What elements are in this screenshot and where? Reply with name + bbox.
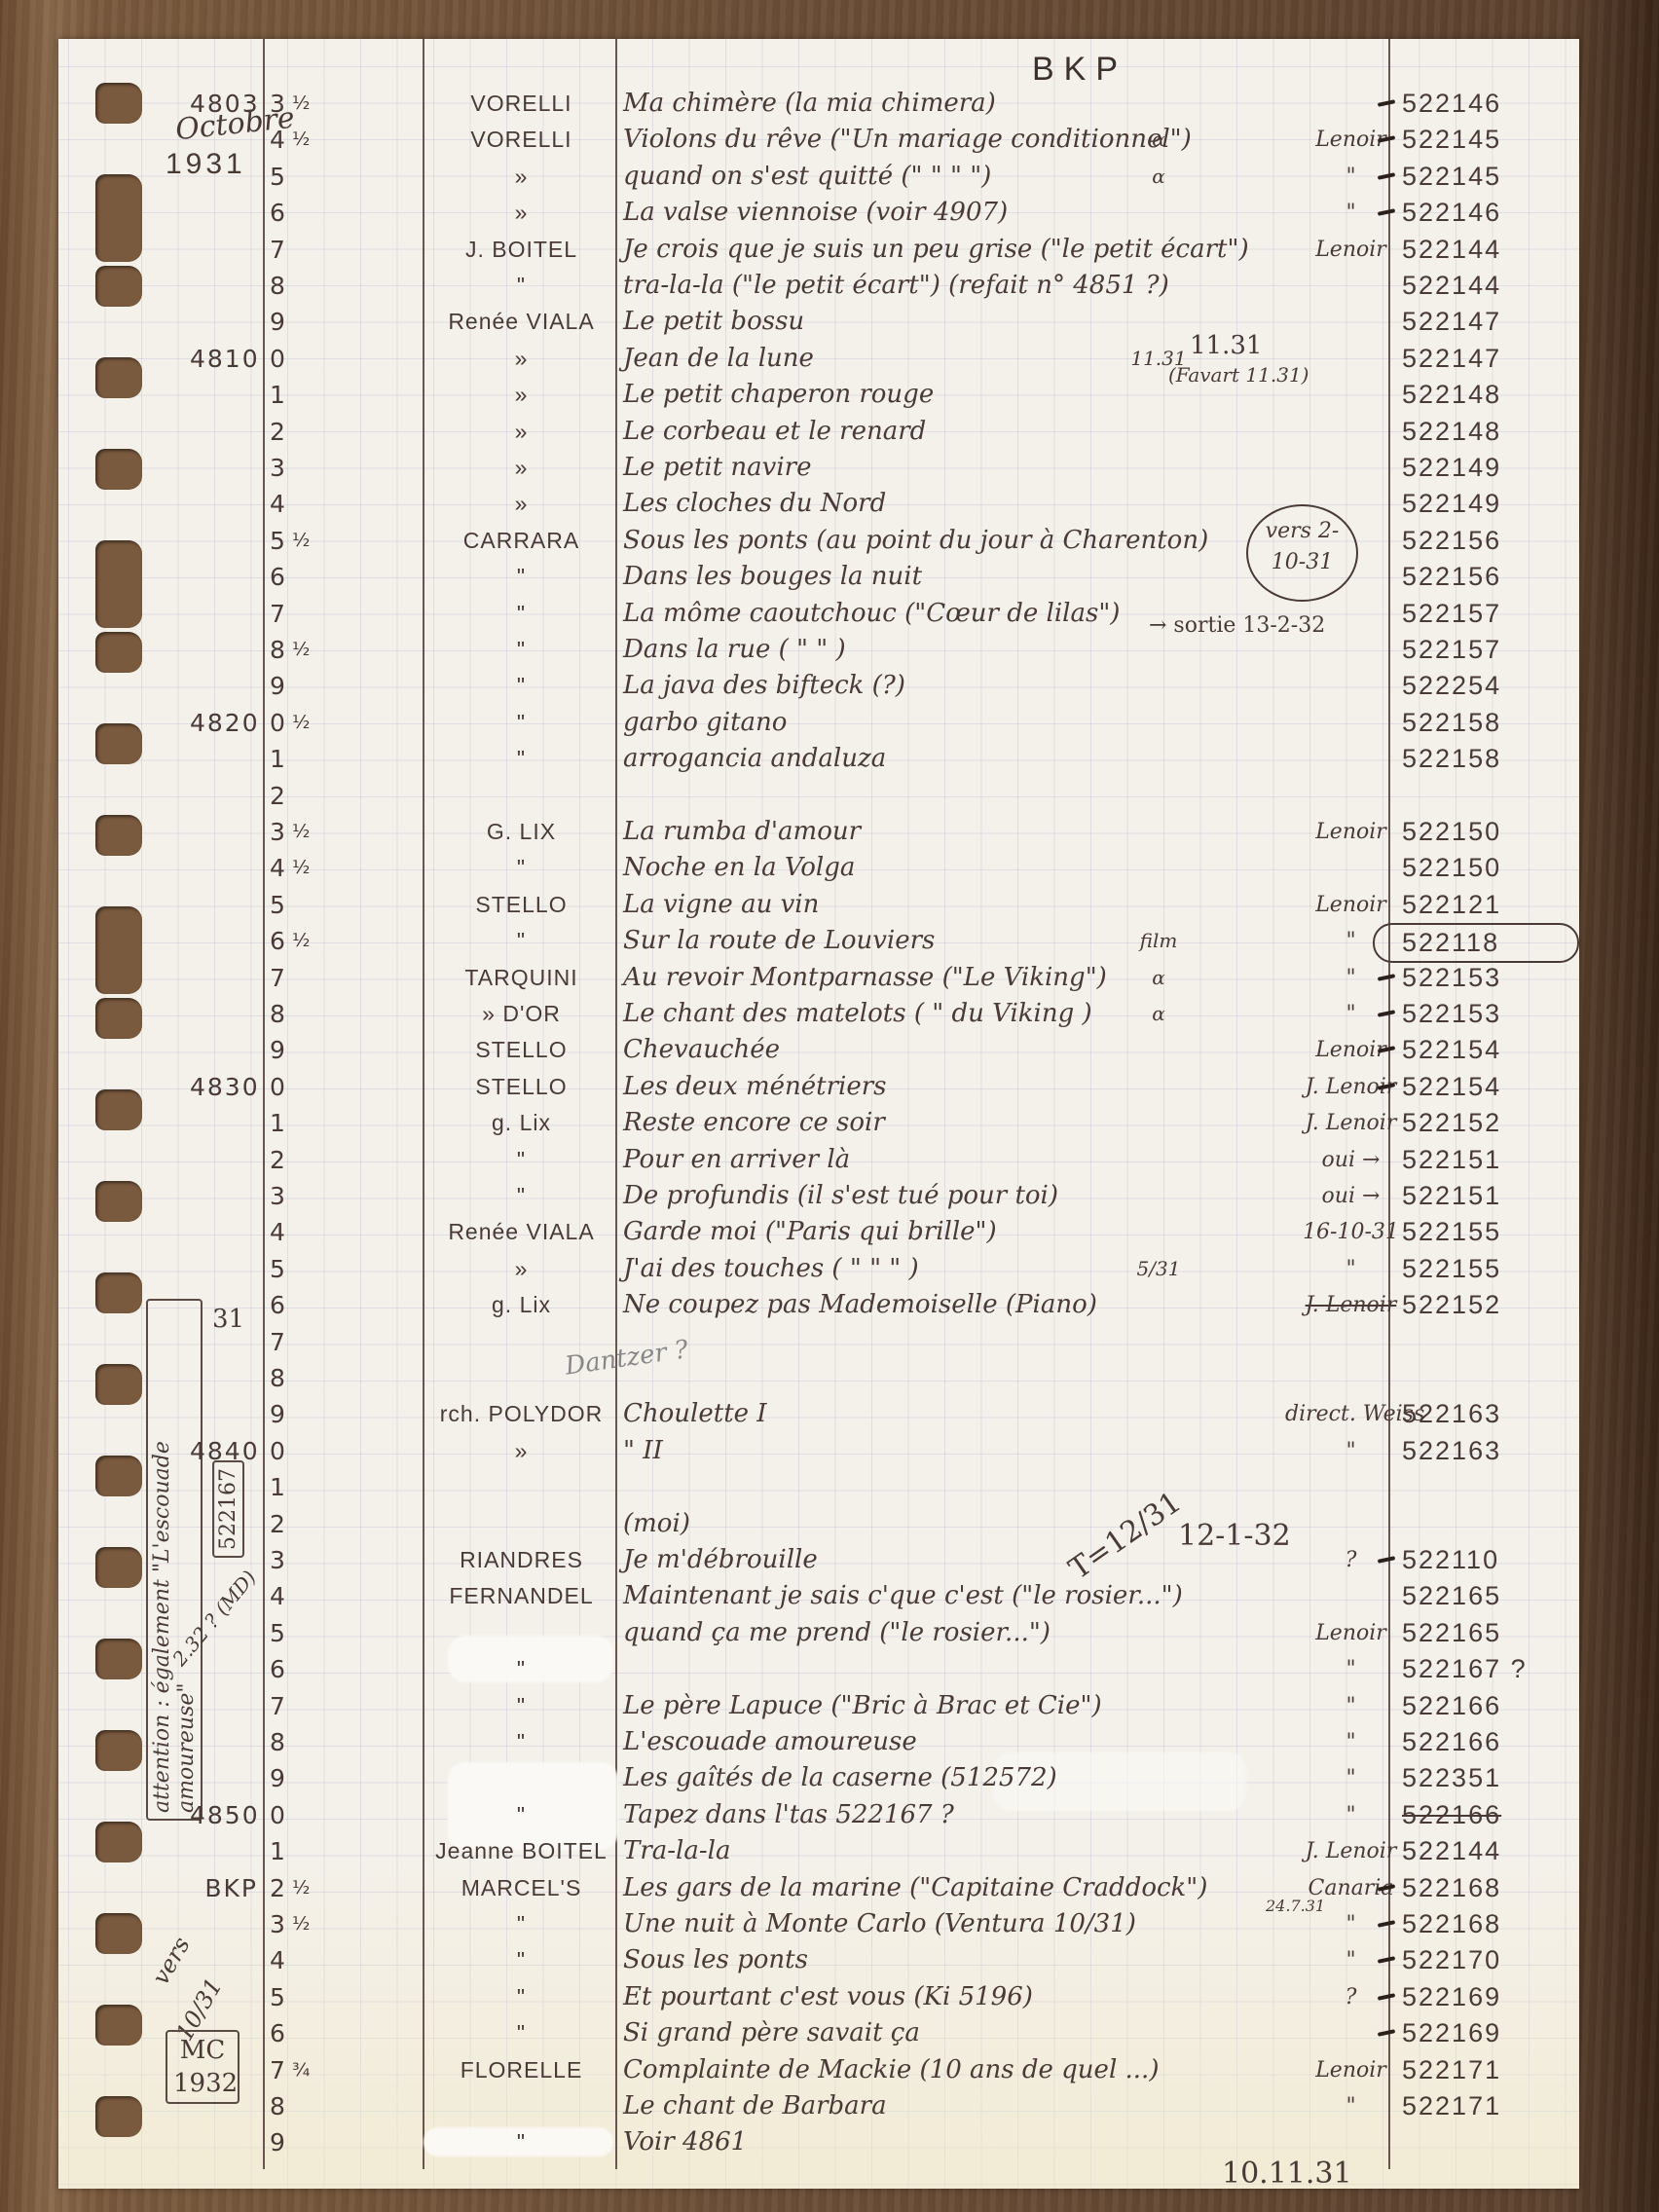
record-number: 4 — [258, 122, 297, 158]
ledger-row: 5»quand on s'est quitté (" " " ")α"52214… — [58, 159, 1579, 195]
ledger-row: 5½CARRARASous les ponts (au point du jou… — [58, 523, 1579, 559]
author-credit — [1285, 1469, 1417, 1505]
row-note — [1061, 2124, 1256, 2160]
record-side-fraction: ½ — [292, 523, 331, 559]
record-number: 6 — [258, 1287, 297, 1323]
record-number: 4 — [258, 1942, 297, 1978]
record-number: 4 — [258, 1578, 297, 1614]
record-prefix — [190, 1360, 258, 1396]
catalog-number: 522351 — [1402, 1760, 1577, 1796]
catalog-number: 522155 — [1402, 1251, 1577, 1287]
record-prefix — [190, 1469, 258, 1505]
record-side-fraction — [292, 887, 331, 923]
record-prefix — [190, 122, 258, 158]
author-credit: " — [1285, 1688, 1417, 1724]
artist-name: " — [426, 1178, 616, 1214]
record-prefix — [190, 1324, 258, 1360]
author-credit: " — [1285, 1651, 1417, 1687]
catalog-number: 522110 — [1402, 1542, 1577, 1578]
record-number: 4 — [258, 486, 297, 522]
author-credit — [1285, 414, 1417, 450]
record-side-fraction: ¾ — [292, 2052, 331, 2088]
ledger-row: 48300STELLOLes deux ménétriersJ. Lenoir5… — [58, 1069, 1579, 1105]
author-credit: " — [1285, 1906, 1417, 1942]
artist-name: J. BOITEL — [426, 232, 616, 268]
ledger-row: 48400»" II"522163 — [58, 1433, 1579, 1469]
ledger-row: 6g. LixNe coupez pas Mademoiselle (Piano… — [58, 1287, 1579, 1323]
record-number: 5 — [258, 1979, 297, 2015]
author-credit: Lenoir — [1285, 1032, 1417, 1068]
ledger-row: 6"Dans les bouges la nuit522156 — [58, 559, 1579, 595]
catalog-number: 522152 — [1402, 1105, 1577, 1141]
record-side-fraction — [292, 304, 331, 340]
author-credit — [1285, 304, 1417, 340]
artist-name: " — [426, 268, 616, 304]
catalog-number: 522163 — [1402, 1396, 1577, 1432]
record-number: 5 — [258, 523, 297, 559]
catalog-number: 522169 — [1402, 2015, 1577, 2051]
record-number: 9 — [258, 304, 297, 340]
record-prefix — [190, 596, 258, 632]
record-side-fraction — [292, 1542, 331, 1578]
artist-name: » — [426, 1433, 616, 1469]
author-credit: J. Lenoir — [1285, 1833, 1417, 1869]
catalog-number: 522154 — [1402, 1069, 1577, 1105]
record-side-fraction — [292, 1979, 331, 2015]
record-prefix — [190, 1251, 258, 1287]
ledger-row: 4»Les cloches du Nord522149 — [58, 486, 1579, 522]
catalog-number: 522146 — [1402, 86, 1577, 122]
artist-name: STELLO — [426, 1069, 616, 1105]
artist-name: G. LIX — [426, 814, 616, 850]
author-credit: 16-10-31 — [1285, 1214, 1417, 1250]
record-prefix: 4820 — [190, 705, 258, 741]
catalog-number — [1402, 778, 1577, 814]
ledger-row: 7¾FLORELLEComplainte de Mackie (10 ans d… — [58, 2052, 1579, 2088]
row-note — [1061, 668, 1256, 704]
artist-name: Renée VIALA — [426, 304, 616, 340]
artist-name: » — [426, 414, 616, 450]
ledger-row: 7"Le père Lapuce ("Bric à Brac et Cie")"… — [58, 1688, 1579, 1724]
record-prefix — [190, 268, 258, 304]
catalog-number: 522169 — [1402, 1979, 1577, 2015]
record-prefix — [190, 1651, 258, 1687]
record-number: 1 — [258, 1833, 297, 1869]
author-credit: oui → — [1285, 1178, 1417, 1214]
record-side-fraction — [292, 2015, 331, 2051]
ledger-row: 4½VORELLIViolons du rêve ("Un mariage co… — [58, 122, 1579, 158]
author-credit: Lenoir — [1285, 887, 1417, 923]
ledger-row: 48033½VORELLIMa chimère (la mia chimera)… — [58, 86, 1579, 122]
author-credit — [1285, 1506, 1417, 1542]
artist-name: TARQUINI — [426, 960, 616, 996]
catalog-number: 522147 — [1402, 304, 1577, 340]
record-side-fraction — [292, 1287, 331, 1323]
record-number: 8 — [258, 268, 297, 304]
record-side-fraction — [292, 486, 331, 522]
ledger-row: 7"La môme caoutchouc ("Cœur de lilas")52… — [58, 596, 1579, 632]
record-number: 9 — [258, 668, 297, 704]
row-note — [1061, 814, 1256, 850]
catalog-number — [1402, 1469, 1577, 1505]
artist-name: VORELLI — [426, 86, 616, 122]
row-note — [1061, 377, 1256, 413]
record-side-fraction — [292, 559, 331, 595]
author-credit: J. Lenoir — [1285, 1287, 1417, 1323]
record-number: 9 — [258, 2124, 297, 2160]
catalog-number: 522144 — [1402, 268, 1577, 304]
artist-name: " — [426, 1688, 616, 1724]
catalog-number: 522157 — [1402, 596, 1577, 632]
author-credit — [1285, 1578, 1417, 1614]
artist-name: STELLO — [426, 887, 616, 923]
record-prefix — [190, 2088, 258, 2124]
record-number: 7 — [258, 1688, 297, 1724]
artist-name — [426, 2088, 616, 2124]
catalog-number: 522166 — [1402, 1688, 1577, 1724]
record-prefix: 4850 — [190, 1797, 258, 1833]
author-credit: direct. Weiss — [1285, 1396, 1417, 1432]
record-prefix: BKP — [190, 1870, 258, 1906]
ledger-row: 7TARQUINIAu revoir Montparnasse ("Le Vik… — [58, 960, 1579, 996]
catalog-number: 522145 — [1402, 159, 1577, 195]
catalog-number: 522151 — [1402, 1142, 1577, 1178]
record-side-fraction — [292, 1760, 331, 1796]
record-number: 0 — [258, 1797, 297, 1833]
record-side-fraction — [292, 960, 331, 996]
row-note — [1061, 1724, 1256, 1760]
record-side-fraction — [292, 341, 331, 377]
record-side-fraction — [292, 2124, 331, 2160]
row-note — [1061, 887, 1256, 923]
record-side-fraction — [292, 668, 331, 704]
artist-name: Renée VIALA — [426, 1214, 616, 1250]
artist-name: g. Lix — [426, 1287, 616, 1323]
row-note — [1061, 741, 1256, 777]
record-prefix — [190, 1506, 258, 1542]
ledger-row: 2»Le corbeau et le renard522148 — [58, 414, 1579, 450]
record-side-fraction: ½ — [292, 814, 331, 850]
author-credit — [1285, 1360, 1417, 1396]
row-note — [1061, 778, 1256, 814]
record-side-fraction — [292, 377, 331, 413]
record-side-fraction — [292, 232, 331, 268]
author-credit — [1285, 741, 1417, 777]
catalog-number: 522147 — [1402, 341, 1577, 377]
catalog-number: 522145 — [1402, 122, 1577, 158]
author-credit: ? — [1285, 1542, 1417, 1578]
row-note — [1061, 2052, 1256, 2088]
record-prefix — [190, 1578, 258, 1614]
ledger-row: 1 — [58, 1469, 1579, 1505]
record-side-fraction — [292, 1105, 331, 1141]
author-credit — [1285, 450, 1417, 486]
record-prefix — [190, 850, 258, 886]
row-note — [1061, 1142, 1256, 1178]
record-side-fraction: ½ — [292, 1870, 331, 1906]
record-prefix — [190, 923, 258, 959]
record-number: 3 — [258, 450, 297, 486]
ledger-row: 9rch. POLYDORChoulette Idirect. Weiss522… — [58, 1396, 1579, 1432]
ledger-row: 8Le chant de Barbara"522171 — [58, 2088, 1579, 2124]
row-note — [1061, 596, 1256, 632]
record-side-fraction — [292, 268, 331, 304]
record-prefix — [190, 1760, 258, 1796]
artist-name: CARRARA — [426, 523, 616, 559]
artist-name: " — [426, 632, 616, 668]
record-number: 6 — [258, 2015, 297, 2051]
ledger-row: BKP2½MARCEL'SLes gars de la marine ("Cap… — [58, 1870, 1579, 1906]
ledger-row: 3»Le petit navire522149 — [58, 450, 1579, 486]
author-credit: Lenoir — [1285, 122, 1417, 158]
record-number: 1 — [258, 1105, 297, 1141]
artist-name: " — [426, 1906, 616, 1942]
catalog-number: 522171 — [1402, 2052, 1577, 2088]
record-side-fraction — [292, 159, 331, 195]
record-side-fraction — [292, 1615, 331, 1651]
record-side-fraction: ½ — [292, 705, 331, 741]
artist-name — [426, 1615, 616, 1651]
record-prefix — [190, 159, 258, 195]
record-side-fraction — [292, 450, 331, 486]
catalog-number: 522155 — [1402, 1214, 1577, 1250]
catalog-number: 522171 — [1402, 2088, 1577, 2124]
record-side-fraction — [292, 1506, 331, 1542]
ledger-row: 6»La valse viennoise (voir 4907)"522146 — [58, 195, 1579, 231]
row-note — [1061, 1833, 1256, 1869]
ledger-row: 4Renée VIALAGarde moi ("Paris qui brille… — [58, 1214, 1579, 1250]
ledger-row: 5quand ça me prend ("le rosier...")Lenoi… — [58, 1615, 1579, 1651]
catalog-number: 522153 — [1402, 960, 1577, 996]
ledger-row: 48100»Jean de la lune11.31522147 — [58, 341, 1579, 377]
record-side-fraction — [292, 195, 331, 231]
ledger-row: 1g. LixReste encore ce soirJ. Lenoir5221… — [58, 1105, 1579, 1141]
record-number: 5 — [258, 159, 297, 195]
catalog-number: 522163 — [1402, 1433, 1577, 1469]
ledger-row: 9STELLOChevauchéeLenoir522154 — [58, 1032, 1579, 1068]
record-prefix: 4810 — [190, 341, 258, 377]
row-note — [1061, 304, 1256, 340]
record-side-fraction: ½ — [292, 86, 331, 122]
artist-name: " — [426, 596, 616, 632]
record-number: 3 — [258, 1178, 297, 1214]
catalog-number: 522121 — [1402, 887, 1577, 923]
author-credit — [1285, 341, 1417, 377]
record-number: 7 — [258, 960, 297, 996]
ledger-row: 7 — [58, 1324, 1579, 1360]
artist-name: » — [426, 159, 616, 195]
record-number: 5 — [258, 1615, 297, 1651]
record-prefix — [190, 377, 258, 413]
ledger-row: 3½G. LIXLa rumba d'amourLenoir522150 — [58, 814, 1579, 850]
author-credit: Lenoir — [1285, 1615, 1417, 1651]
row-note — [1061, 195, 1256, 231]
author-credit: Lenoir — [1285, 232, 1417, 268]
ledger-row: 1Jeanne BOITELTra-la-laJ. Lenoir522144 — [58, 1833, 1579, 1869]
record-number: 6 — [258, 1651, 297, 1687]
artist-name: " — [426, 2124, 616, 2160]
record-side-fraction — [292, 1942, 331, 1978]
artist-name: Jeanne BOITEL — [426, 1833, 616, 1869]
record-side-fraction — [292, 1833, 331, 1869]
catalog-number: 522149 — [1402, 450, 1577, 486]
ledger-row: 8» D'ORLe chant des matelots ( " du Viki… — [58, 996, 1579, 1032]
record-prefix — [190, 2052, 258, 2088]
catalog-number: 522144 — [1402, 232, 1577, 268]
author-credit — [1285, 86, 1417, 122]
row-note — [1061, 1797, 1256, 1833]
record-number: 3 — [258, 86, 297, 122]
author-credit: oui → — [1285, 1142, 1417, 1178]
row-note: α — [1061, 996, 1256, 1032]
catalog-number: 522156 — [1402, 523, 1577, 559]
record-side-fraction — [292, 1396, 331, 1432]
author-credit: " — [1285, 1251, 1417, 1287]
ledger-row: 8½"Dans la rue ( " " )522157 — [58, 632, 1579, 668]
row-note: 11.31 — [1061, 341, 1256, 377]
record-side-fraction — [292, 1324, 331, 1360]
ledger-row: 3"De profundis (il s'est tué pour toi)ou… — [58, 1178, 1579, 1214]
catalog-number: 522166 — [1402, 1797, 1577, 1833]
record-side-fraction — [292, 996, 331, 1032]
row-note — [1061, 2015, 1256, 2051]
artist-name: " — [426, 668, 616, 704]
record-prefix — [190, 1032, 258, 1068]
catalog-number — [1402, 1360, 1577, 1396]
author-credit: Lenoir — [1285, 2052, 1417, 2088]
ledger-row: 1"arrogancia andaluza522158 — [58, 741, 1579, 777]
catalog-number: 522144 — [1402, 1833, 1577, 1869]
row-note: film — [1061, 923, 1256, 959]
row-note — [1061, 1214, 1256, 1250]
record-number: 8 — [258, 2088, 297, 2124]
ledger-row: 9"La java des bifteck (?)522254 — [58, 668, 1579, 704]
record-side-fraction — [292, 1178, 331, 1214]
record-prefix — [190, 668, 258, 704]
artist-name: » — [426, 450, 616, 486]
catalog-number: 522146 — [1402, 195, 1577, 231]
record-side-fraction — [292, 1724, 331, 1760]
row-note — [1061, 2088, 1256, 2124]
record-prefix — [190, 741, 258, 777]
record-number: 0 — [258, 705, 297, 741]
artist-name — [426, 778, 616, 814]
row-note — [1061, 1396, 1256, 1432]
artist-name: rch. POLYDOR — [426, 1396, 616, 1432]
author-credit: " — [1285, 996, 1417, 1032]
record-number: 2 — [258, 1870, 297, 1906]
record-side-fraction: ½ — [292, 122, 331, 158]
ledger-row: 48200½"garbo gitano522158 — [58, 705, 1579, 741]
author-credit — [1285, 596, 1417, 632]
artist-name: STELLO — [426, 1032, 616, 1068]
record-side-fraction: ½ — [292, 632, 331, 668]
artist-name: " — [426, 1979, 616, 2015]
record-number: 7 — [258, 1324, 297, 1360]
ledger-row: 9"Voir 4861 — [58, 2124, 1579, 2160]
catalog-number: 522154 — [1402, 1032, 1577, 1068]
record-side-fraction — [292, 414, 331, 450]
row-note — [1061, 268, 1256, 304]
record-side-fraction — [292, 1688, 331, 1724]
record-prefix — [190, 1214, 258, 1250]
catalog-number: 522157 — [1402, 632, 1577, 668]
catalog-number: 522152 — [1402, 1287, 1577, 1323]
row-note — [1061, 1906, 1256, 1942]
header-label: BKP — [1032, 51, 1127, 89]
author-credit: J. Lenoir — [1285, 1105, 1417, 1141]
artist-name: » D'OR — [426, 996, 616, 1032]
record-prefix — [190, 1688, 258, 1724]
ledger-row: 3½"Une nuit à Monte Carlo (Ventura 10/31… — [58, 1906, 1579, 1942]
row-note — [1061, 232, 1256, 268]
record-number: 7 — [258, 2052, 297, 2088]
record-number: 0 — [258, 1433, 297, 1469]
record-number: 3 — [258, 1542, 297, 1578]
row-note — [1061, 486, 1256, 522]
record-side-fraction — [292, 778, 331, 814]
catalog-number: 522151 — [1402, 1178, 1577, 1214]
record-number: 2 — [258, 414, 297, 450]
ledger-row: 2 — [58, 778, 1579, 814]
artist-name — [426, 1360, 616, 1396]
ledger-row: 5"Et pourtant c'est vous (Ki 5196)?52216… — [58, 1979, 1579, 2015]
artist-name: » — [426, 341, 616, 377]
row-note — [1061, 559, 1256, 595]
record-number: 5 — [258, 887, 297, 923]
record-number: 2 — [258, 778, 297, 814]
record-side-fraction — [292, 1032, 331, 1068]
catalog-number: 522148 — [1402, 414, 1577, 450]
author-credit — [1285, 377, 1417, 413]
record-prefix — [190, 960, 258, 996]
catalog-number — [1402, 2124, 1577, 2160]
record-prefix — [190, 814, 258, 850]
record-prefix — [190, 2015, 258, 2051]
row-note — [1061, 1651, 1256, 1687]
artist-name: " — [426, 1724, 616, 1760]
author-credit: Lenoir — [1285, 814, 1417, 850]
record-prefix — [190, 1105, 258, 1141]
record-number: 2 — [258, 1142, 297, 1178]
ledger-row: 7J. BOITELJe crois que je suis un peu gr… — [58, 232, 1579, 268]
record-prefix — [190, 1942, 258, 1978]
row-note — [1061, 1870, 1256, 1906]
ledger-row: 5STELLOLa vigne au vinLenoir522121 — [58, 887, 1579, 923]
catalog-number: 522156 — [1402, 559, 1577, 595]
artist-name: FLORELLE — [426, 2052, 616, 2088]
row-note — [1061, 705, 1256, 741]
record-number: 7 — [258, 232, 297, 268]
author-credit — [1285, 668, 1417, 704]
row-note: α — [1061, 122, 1256, 158]
record-prefix — [190, 450, 258, 486]
annotation-bottom-date: 10.11.31 — [1222, 2157, 1352, 2191]
catalog-number: 522118 — [1373, 923, 1579, 963]
catalog-number: 522158 — [1402, 741, 1577, 777]
record-number: 4 — [258, 1214, 297, 1250]
author-credit: " — [1285, 195, 1417, 231]
author-credit: " — [1285, 2088, 1417, 2124]
record-number: 8 — [258, 1360, 297, 1396]
ledger-row: 8"L'escouade amoureuse"522166 — [58, 1724, 1579, 1760]
record-number: 1 — [258, 377, 297, 413]
ledger-row: 3RIANDRESJe m'débrouille?522110 — [58, 1542, 1579, 1578]
record-prefix — [190, 1724, 258, 1760]
record-number: 2 — [258, 1506, 297, 1542]
author-credit: " — [1285, 1797, 1417, 1833]
artist-name — [426, 1469, 616, 1505]
